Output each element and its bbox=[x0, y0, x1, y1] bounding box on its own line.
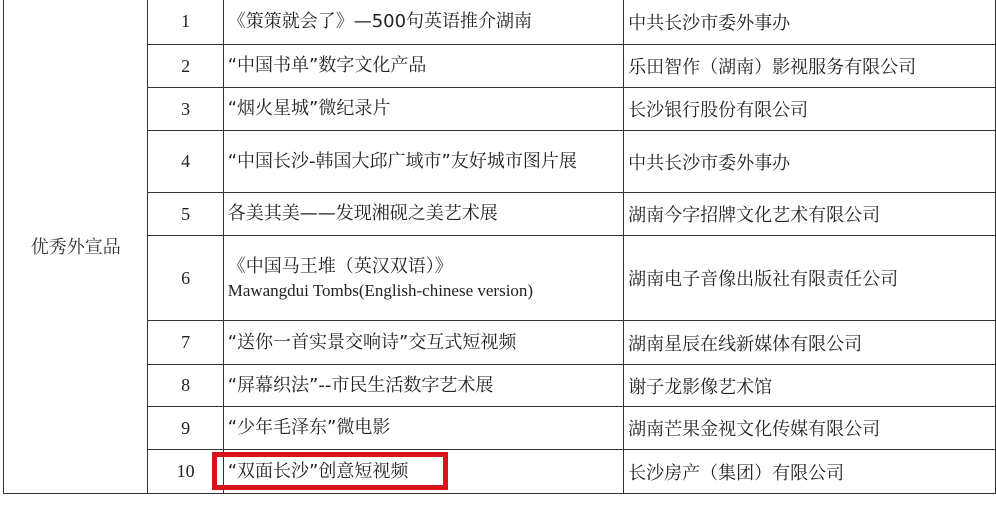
organization-name: 湖南电子音像出版社有限责任公司 bbox=[624, 236, 996, 321]
product-name: “双面长沙”创意短视频 bbox=[228, 461, 409, 482]
row-number: 3 bbox=[148, 88, 223, 131]
organization-name: 谢子龙影像艺术馆 bbox=[624, 365, 996, 407]
organization-name: 湖南芒果金视文化传媒有限公司 bbox=[624, 407, 996, 450]
table-row: 6 《中国马王堆（英汉双语）》 Mawangdui Tombs(English-… bbox=[4, 236, 996, 321]
table-row: 8 “屏幕织法”--市民生活数字艺术展 谢子龙影像艺术馆 bbox=[4, 365, 996, 407]
table-row: 2 “中国书单”数字文化产品 乐田智作（湖南）影视服务有限公司 bbox=[4, 45, 996, 88]
table-row: 3 “烟火星城”微纪录片 长沙银行股份有限公司 bbox=[4, 88, 996, 131]
organization-name: 中共长沙市委外事办 bbox=[624, 131, 996, 193]
table-row-highlighted: 10 “双面长沙”创意短视频 长沙房产（集团）有限公司 bbox=[4, 450, 996, 494]
row-number: 8 bbox=[148, 365, 223, 407]
row-number: 5 bbox=[148, 193, 223, 236]
awards-table: 优秀外宣品 1 《策策就会了》—500句英语推介湖南 中共长沙市委外事办 2 “… bbox=[3, 0, 996, 494]
organization-name: 乐田智作（湖南）影视服务有限公司 bbox=[624, 45, 996, 88]
product-name: “中国书单”数字文化产品 bbox=[223, 45, 623, 88]
row-number: 4 bbox=[148, 131, 223, 193]
product-name: 《中国马王堆（英汉双语）》 bbox=[228, 256, 453, 277]
product-english-name: Mawangdui Tombs(English-chinese version) bbox=[228, 280, 623, 302]
table-row: 5 各美其美——发现湘砚之美艺术展 湖南今字招牌文化艺术有限公司 bbox=[4, 193, 996, 236]
row-number: 10 bbox=[148, 450, 223, 494]
row-number: 6 bbox=[148, 236, 223, 321]
product-name: “中国长沙-韩国大邱广域市”友好城市图片展 bbox=[223, 131, 623, 193]
organization-name: 长沙房产（集团）有限公司 bbox=[624, 450, 996, 494]
table-row: 9 “少年毛泽东”微电影 湖南芒果金视文化传媒有限公司 bbox=[4, 407, 996, 450]
table-row: 4 “中国长沙-韩国大邱广域市”友好城市图片展 中共长沙市委外事办 bbox=[4, 131, 996, 193]
product-cell: 《中国马王堆（英汉双语）》 Mawangdui Tombs(English-ch… bbox=[223, 236, 623, 321]
row-number: 1 bbox=[148, 0, 223, 45]
table-row: 7 “送你一首实景交响诗”交互式短视频 湖南星辰在线新媒体有限公司 bbox=[4, 321, 996, 365]
organization-name: 长沙银行股份有限公司 bbox=[624, 88, 996, 131]
organization-name: 湖南今字招牌文化艺术有限公司 bbox=[624, 193, 996, 236]
product-name: “屏幕织法”--市民生活数字艺术展 bbox=[223, 365, 623, 407]
table-row: 优秀外宣品 1 《策策就会了》—500句英语推介湖南 中共长沙市委外事办 bbox=[4, 0, 996, 45]
organization-name: 中共长沙市委外事办 bbox=[624, 0, 996, 45]
product-cell: “双面长沙”创意短视频 bbox=[223, 450, 623, 494]
category-cell: 优秀外宣品 bbox=[4, 0, 148, 494]
row-number: 7 bbox=[148, 321, 223, 365]
product-name: “烟火星城”微纪录片 bbox=[223, 88, 623, 131]
row-number: 2 bbox=[148, 45, 223, 88]
product-name: “少年毛泽东”微电影 bbox=[223, 407, 623, 450]
product-name: 各美其美——发现湘砚之美艺术展 bbox=[223, 193, 623, 236]
product-name: 《策策就会了》—500句英语推介湖南 bbox=[223, 0, 623, 45]
product-name: “送你一首实景交响诗”交互式短视频 bbox=[223, 321, 623, 365]
row-number: 9 bbox=[148, 407, 223, 450]
organization-name: 湖南星辰在线新媒体有限公司 bbox=[624, 321, 996, 365]
